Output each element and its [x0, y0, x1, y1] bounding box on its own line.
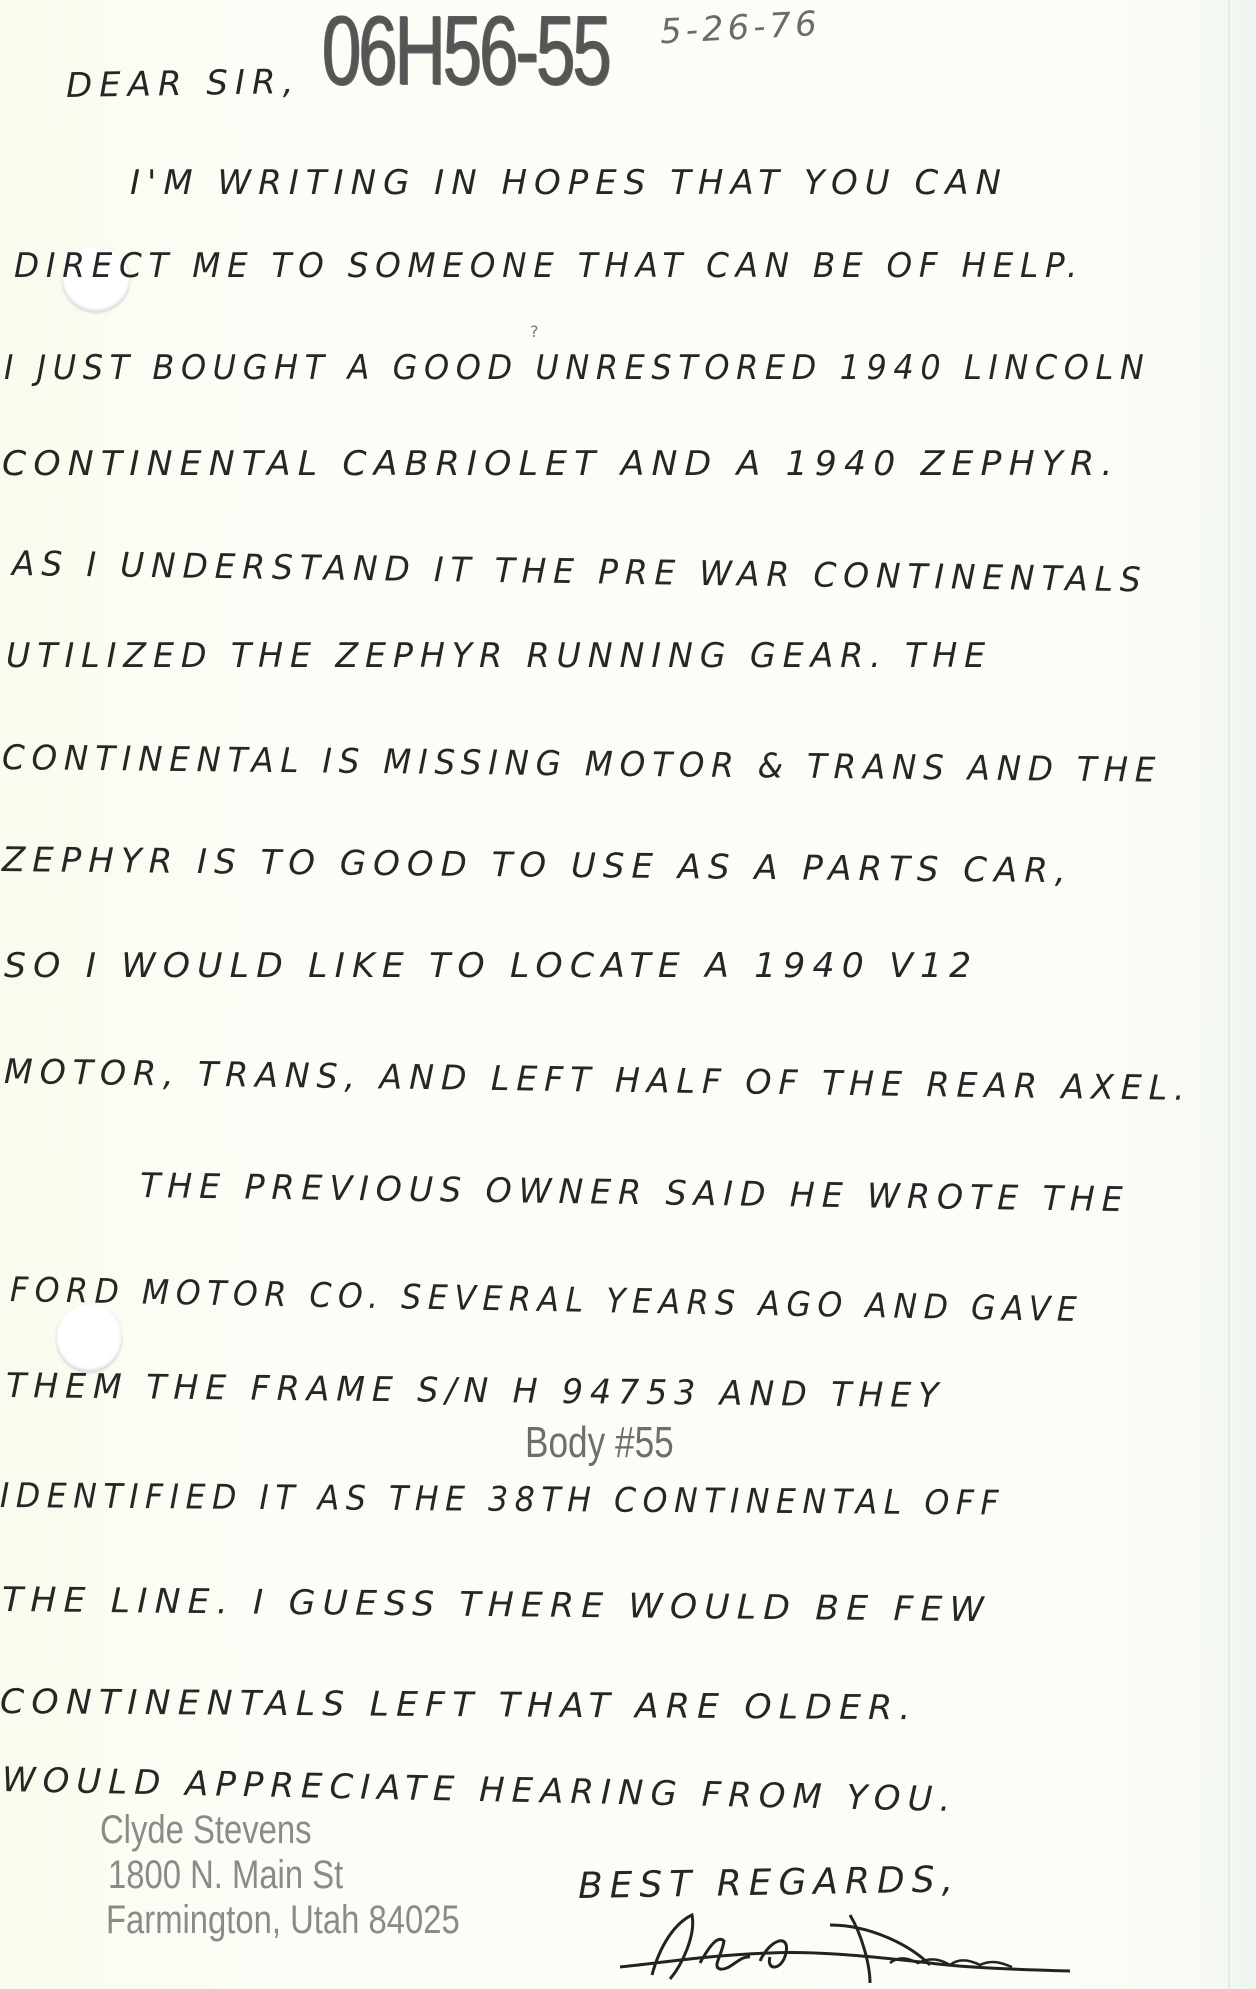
return-address-street: 1800 N. Main St: [108, 1853, 343, 1898]
body-number-annotation: Body #55: [525, 1418, 674, 1468]
paper-edge: [1228, 0, 1230, 1989]
return-address-city: Farmington, Utah 84025: [106, 1898, 460, 1943]
margin-query-mark: ?: [530, 322, 539, 341]
body-line-2: Direct me to someone that can be of help…: [14, 246, 1084, 286]
letter-date: 5-26-76: [659, 4, 822, 52]
body-line-16: Continentals left that are older.: [0, 1682, 918, 1728]
body-line-9: So I would like to locate a 1940 V12: [4, 946, 978, 986]
salutation: Dear Sir,: [66, 62, 301, 106]
body-line-3: I just bought a good unrestored 1940 Lin…: [4, 348, 1150, 388]
return-address-name: Clyde Stevens: [100, 1808, 311, 1853]
body-line-1: I'm writing in hopes that you can: [130, 163, 1008, 203]
file-number-stamp: 06H56-55: [322, 0, 609, 107]
body-line-6: utilized the Zephyr running gear. The: [6, 636, 992, 676]
body-line-4: Continental Cabriolet and a 1940 Zephyr.: [2, 444, 1120, 484]
body-line-14: identified it as the 38th Continental of…: [0, 1476, 1005, 1524]
punch-hole-bottom: [56, 1304, 122, 1372]
closing: Best Regards,: [578, 1859, 961, 1907]
